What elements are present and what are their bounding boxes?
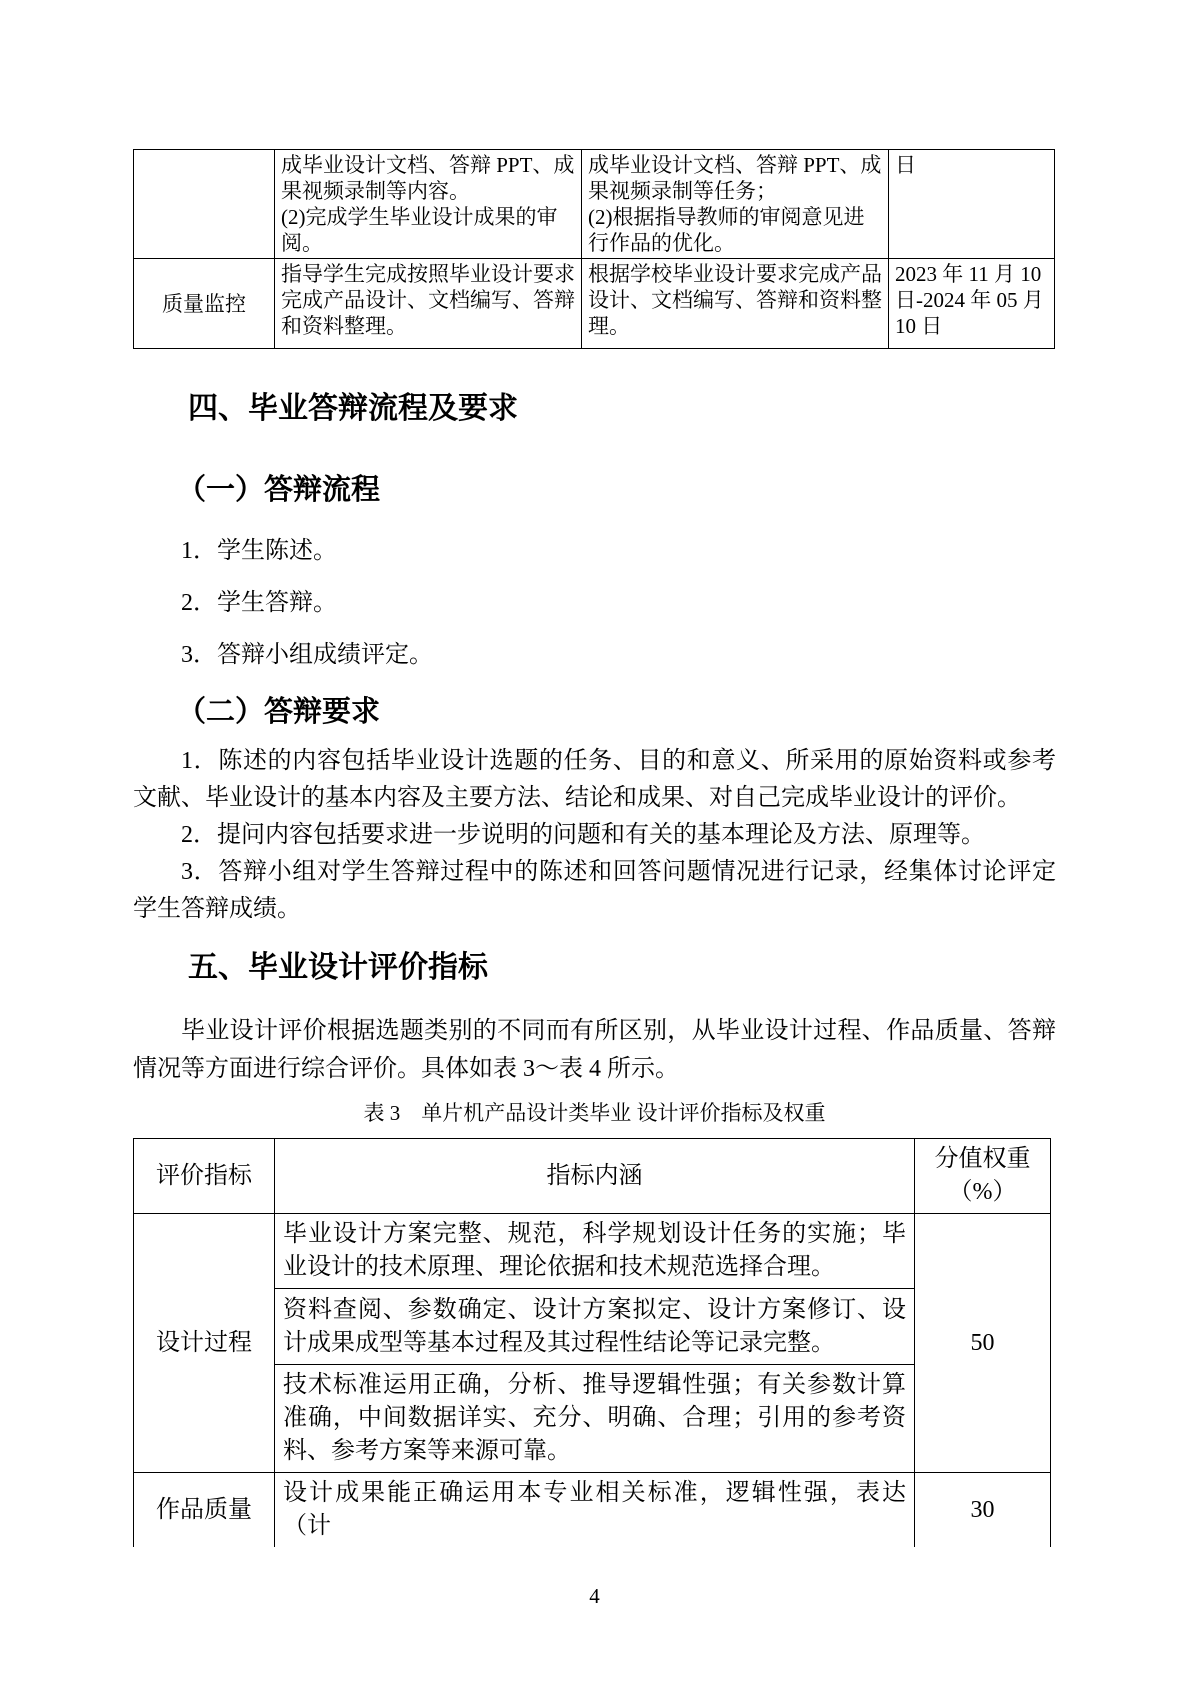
- section-4-heading: 四、毕业答辩流程及要求: [133, 391, 1056, 427]
- table-header-row: 评价指标 指标内涵 分值权重 （%）: [134, 1139, 1051, 1214]
- teacher-task-cell: 成毕业设计文档、答辩 PPT、成果视频录制等内容。 (2)完成学生毕业设计成果的…: [275, 150, 582, 259]
- time-cell: 日: [889, 150, 1055, 259]
- indicator-header-cell: 评价指标: [134, 1139, 275, 1214]
- defense-flow-item: 1．学生陈述。: [133, 533, 1056, 569]
- weight-header-cell: 分值权重 （%）: [915, 1139, 1051, 1214]
- defense-requirement-paragraph: 3．答辩小组对学生答辩过程中的陈述和回答问题情况进行记录，经集体讨论评定学生答辩…: [133, 854, 1056, 928]
- defense-flow-item: 2．学生答辩。: [133, 585, 1056, 621]
- evaluation-table: 评价指标 指标内涵 分值权重 （%） 设计过程 毕业设计方案完整、规范，科学规划…: [133, 1138, 1051, 1547]
- criterion-cell: 技术标准运用正确，分析、推导逻辑性强；有关参数计算准确，中间数据详实、充分、明确…: [275, 1365, 915, 1473]
- defense-requirement-paragraph: 1．陈述的内容包括毕业设计选题的任务、目的和意义、所采用的原始资料或参考文献、毕…: [133, 743, 1056, 817]
- stage-label-cell: [134, 150, 275, 259]
- schedule-table: 成毕业设计文档、答辩 PPT、成果视频录制等内容。 (2)完成学生毕业设计成果的…: [133, 149, 1055, 349]
- table-row: 质量监控 指导学生完成按照毕业设计要求完成产品设计、文档编写、答辩和资料整理。 …: [134, 259, 1055, 349]
- section-5-heading: 五、毕业设计评价指标: [133, 950, 1056, 986]
- indicator-cell: 作品质量: [134, 1473, 275, 1548]
- student-task-cell: 成毕业设计文档、答辩 PPT、成果视频录制等任务； (2)根据指导教师的审阅意见…: [582, 150, 889, 259]
- teacher-task-cell: 指导学生完成按照毕业设计要求完成产品设计、文档编写、答辩和资料整理。: [275, 259, 582, 349]
- student-task-cell: 根据学校毕业设计要求完成产品设计、文档编写、答辩和资料整理。: [582, 259, 889, 349]
- table-3-caption: 表 3 单片机产品设计类毕业 设计评价指标及权重: [133, 1100, 1056, 1126]
- time-cell: 2023 年 11 月 10 日-2024 年 05 月 10 日: [889, 259, 1055, 349]
- defense-requirement-paragraph: 2．提问内容包括要求进一步说明的问题和有关的基本理论及方法、原理等。: [133, 817, 1056, 854]
- stage-label-cell: 质量监控: [134, 259, 275, 349]
- page-number: 4: [133, 1583, 1056, 1609]
- document-page: 成毕业设计文档、答辩 PPT、成果视频录制等内容。 (2)完成学生毕业设计成果的…: [0, 0, 1191, 1684]
- evaluation-intro-paragraph: 毕业设计评价根据选题类别的不同而有所区别，从毕业设计过程、作品质量、答辩情况等方…: [133, 1012, 1056, 1088]
- criterion-cell: 毕业设计方案完整、规范，科学规划设计任务的实施；毕业设计的技术原理、理论依据和技…: [275, 1214, 915, 1289]
- criterion-cell: 设计成果能正确运用本专业相关标准，逻辑性强，表达（计: [275, 1473, 915, 1548]
- subsection-4-2-heading: （二）答辩要求: [133, 695, 1056, 729]
- criterion-cell: 资料查阅、参数确定、设计方案拟定、设计方案修订、设计成果成型等基本过程及其过程性…: [275, 1289, 915, 1365]
- weight-cell: 30: [915, 1473, 1051, 1548]
- defense-flow-item: 3．答辩小组成绩评定。: [133, 637, 1056, 673]
- subsection-4-1-heading: （一）答辩流程: [133, 473, 1056, 507]
- table-row: 作品质量 设计成果能正确运用本专业相关标准，逻辑性强，表达（计 30: [134, 1473, 1051, 1548]
- content-header-cell: 指标内涵: [275, 1139, 915, 1214]
- indicator-cell: 设计过程: [134, 1214, 275, 1473]
- table-row: 成毕业设计文档、答辩 PPT、成果视频录制等内容。 (2)完成学生毕业设计成果的…: [134, 150, 1055, 259]
- table-row: 设计过程 毕业设计方案完整、规范，科学规划设计任务的实施；毕业设计的技术原理、理…: [134, 1214, 1051, 1289]
- weight-cell: 50: [915, 1214, 1051, 1473]
